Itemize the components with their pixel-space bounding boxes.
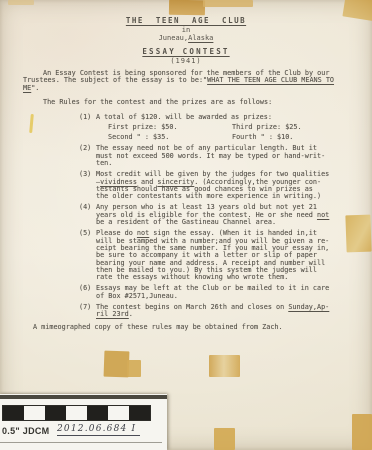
- rule-item: (1)A total of $120. will be awarded as p…: [79, 114, 357, 141]
- tape-remnant-bottom-edge: [214, 428, 235, 450]
- header-in: in: [0, 26, 372, 34]
- tape-remnant-bottom-center: [209, 355, 240, 377]
- rule-text: A total of $120. will be awarded as priz…: [96, 114, 357, 141]
- scale-black-square: [87, 406, 108, 420]
- rule-number: (2): [79, 145, 96, 167]
- rule-text: The contest begins on March 26th and clo…: [96, 304, 357, 319]
- rule-line: the older contestants with more experien…: [96, 193, 357, 200]
- rule-item: (5)Please do not sign the essay. (When i…: [79, 230, 357, 281]
- prize-row: Second " : $35.Fourth " : $10.: [96, 134, 357, 141]
- tape-remnant-top-left: [8, 0, 34, 5]
- header-location: Juneau,Alaska: [0, 34, 372, 42]
- scale-card-rule-line: [0, 442, 162, 443]
- rule-number: (5): [79, 230, 96, 281]
- rule-item: (6)Essays may be left at the Club or be …: [79, 285, 357, 300]
- rule-item: (7)The contest begins on March 26th and …: [79, 304, 357, 319]
- scale-black-square: [129, 406, 150, 420]
- scale-white-square: [66, 406, 87, 420]
- tape-remnant-bottom-right: [352, 414, 372, 450]
- rule-line: must not exceed 500 words. It may be typ…: [96, 153, 357, 160]
- scale-card-top-bar: [0, 395, 167, 399]
- contest-year: (1941): [0, 57, 372, 65]
- prize-right: Third prize: $25.: [232, 124, 302, 131]
- rule-text: The essay need not be of any particular …: [96, 145, 357, 167]
- scale-label: 0.5" JDCM: [2, 426, 49, 436]
- rule-line: of Box #2571,Juneau.: [96, 293, 357, 300]
- intro-line: Trustees. The subject of the essay is to…: [23, 77, 357, 84]
- intro-line: ME".: [23, 85, 357, 92]
- prize-right: Fourth " : $10.: [232, 134, 293, 141]
- rule-item: (4)Any person who is at least 13 years o…: [79, 204, 357, 226]
- rule-line: rate the essays without knowing who wrot…: [96, 274, 357, 281]
- scale-white-square: [108, 406, 129, 420]
- rules-list: (1)A total of $120. will be awarded as p…: [79, 114, 357, 318]
- scale-card: 0.5" JDCM 2012.06.684 I: [0, 394, 167, 450]
- rule-line: ten.: [96, 160, 357, 167]
- rule-text: Essays may be left at the Club or be mai…: [96, 285, 357, 300]
- scale-black-square: [3, 406, 24, 420]
- location-underlined: Alaska: [188, 34, 213, 42]
- tape-remnant-bottom-left-2: [127, 360, 141, 377]
- document-body: An Essay Contest is being sponsored for …: [23, 70, 357, 331]
- rule-item: (3)Most credit will be given by the judg…: [79, 171, 357, 200]
- rule-line: A total of $120. will be awarded as priz…: [96, 114, 357, 121]
- tape-remnant-top-center: [169, 0, 205, 15]
- rule-text: Most credit will be given by the judges …: [96, 171, 357, 200]
- rule-line: ril 23rd.: [96, 311, 357, 318]
- prize-left: First prize: $50.: [108, 124, 232, 131]
- prize-row: First prize: $50.Third prize: $25.: [96, 124, 357, 131]
- prize-left: Second " : $35.: [108, 134, 232, 141]
- rule-number: (1): [79, 114, 96, 141]
- contest-title: ESSAY CONTEST: [0, 47, 372, 56]
- closing-line: A mimeographed copy of these rules may b…: [23, 324, 357, 331]
- accession-number: 2012.06.684 I: [57, 424, 140, 436]
- rule-number: (3): [79, 171, 96, 200]
- intro-paragraph: An Essay Contest is being sponsored for …: [23, 70, 357, 92]
- photo-scale-ruler: [2, 405, 151, 421]
- rule-line: The contest begins on March 26th and clo…: [96, 304, 357, 311]
- rule-text: Please do not sign the essay. (When it i…: [96, 230, 357, 281]
- scale-black-square: [45, 406, 66, 420]
- rule-item: (2)The essay need not be of any particul…: [79, 145, 357, 167]
- tape-remnant-bottom-left: [104, 351, 130, 378]
- rules-intro: The Rules for the contest and the prizes…: [23, 99, 357, 106]
- rule-line: be a resident of the Gastineau Channel a…: [96, 219, 357, 226]
- rule-number: (4): [79, 204, 96, 226]
- rule-text: Any person who is at least 13 years old …: [96, 204, 357, 226]
- club-title: THE TEEN AGE CLUB: [0, 16, 372, 25]
- document-header: THE TEEN AGE CLUB in Juneau,Alaska ESSAY…: [0, 16, 372, 65]
- rule-number: (6): [79, 285, 96, 300]
- tape-remnant-top-strip: [203, 0, 253, 7]
- location-prefix: Juneau,: [159, 34, 189, 42]
- scale-white-square: [24, 406, 45, 420]
- rule-number: (7): [79, 304, 96, 319]
